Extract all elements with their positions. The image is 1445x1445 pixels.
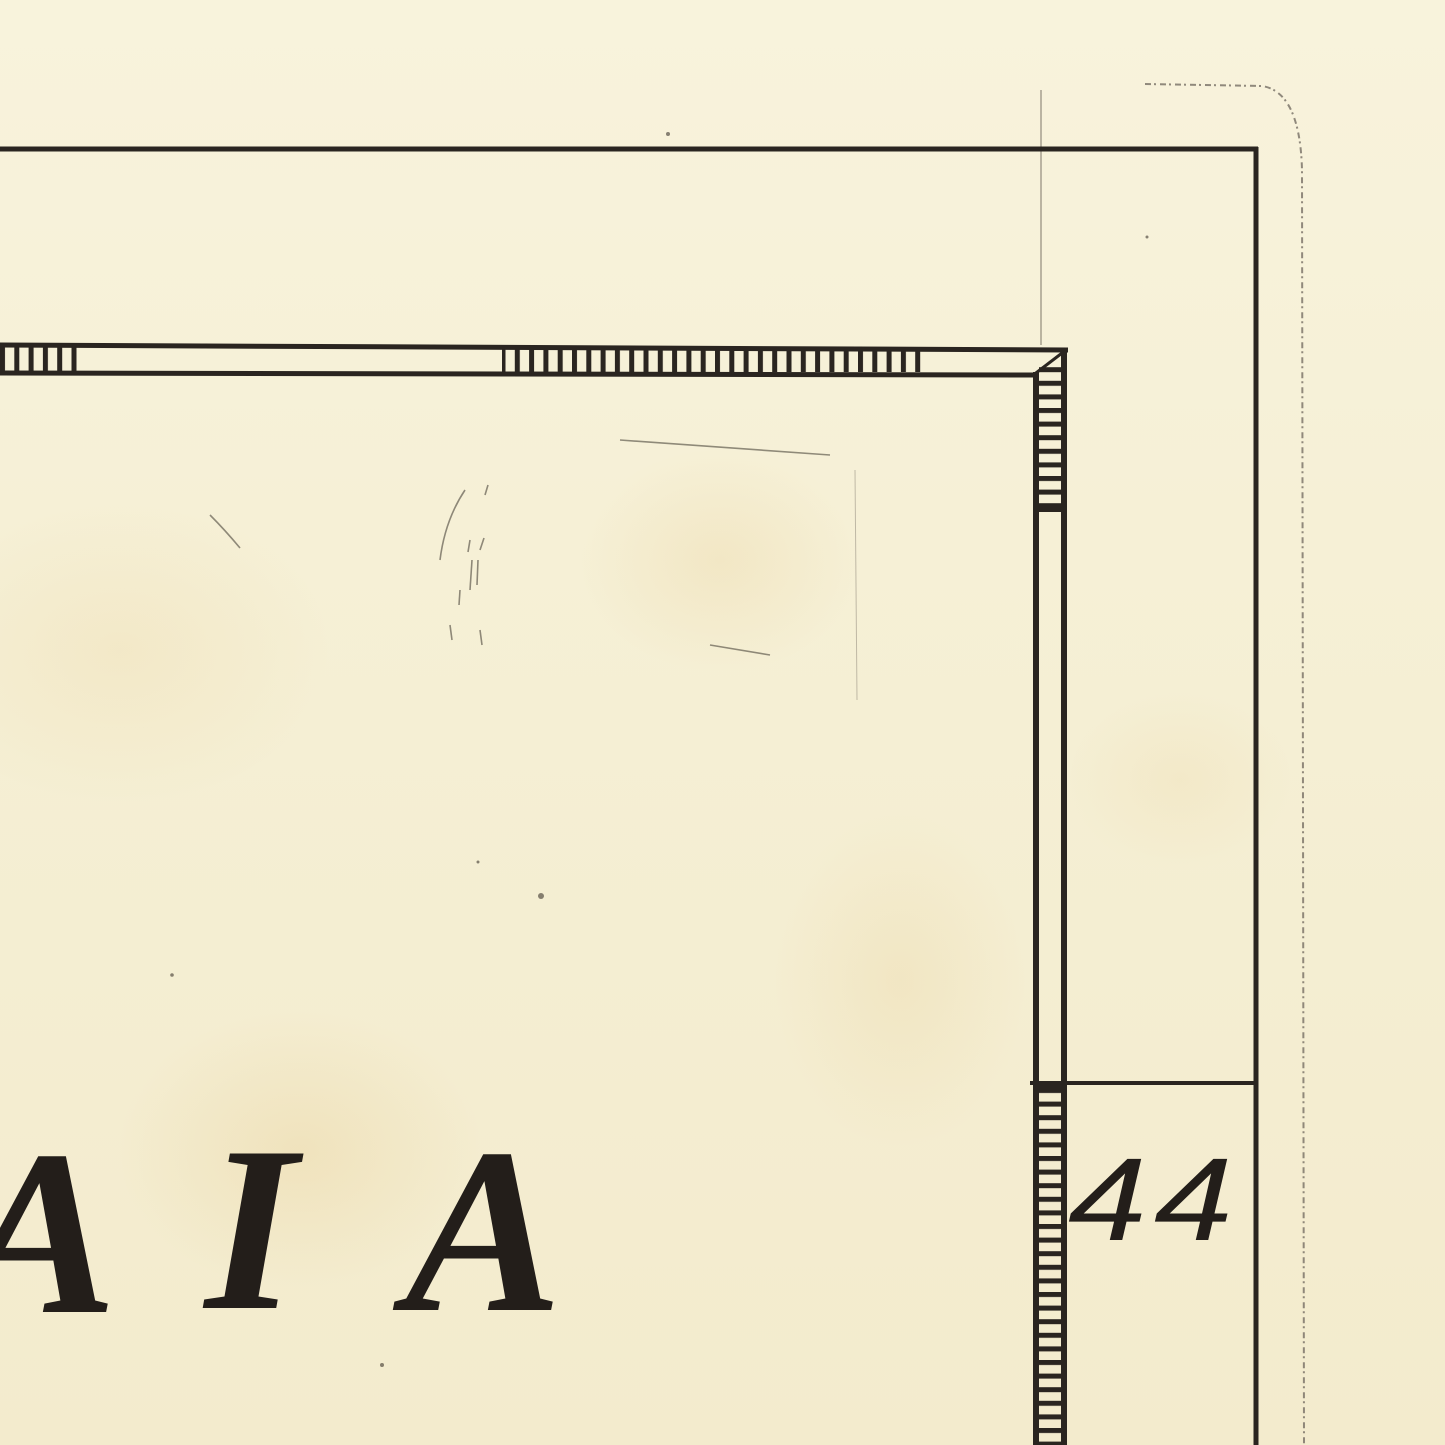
scale-hatch-segment (1039, 1088, 1061, 1445)
scale-hatch-segment (0, 347, 80, 371)
scale-border-top (0, 345, 1068, 376)
scale-hatch-segment (1039, 362, 1061, 510)
faint-engraving-marks (210, 440, 830, 655)
paper-specks (170, 132, 1148, 1367)
scale-hatch-segment (502, 348, 927, 372)
title-letter: I (202, 1099, 304, 1360)
margin-number: 44 (1068, 1134, 1240, 1266)
map-title-fragment: A I A (0, 1099, 562, 1364)
scale-border-right (1036, 350, 1064, 1445)
title-letter: A (392, 1101, 562, 1362)
map-engraving: 44 A I A (0, 0, 1445, 1445)
map-sheet: 44 A I A (0, 0, 1445, 1445)
title-letter: A (0, 1103, 117, 1364)
